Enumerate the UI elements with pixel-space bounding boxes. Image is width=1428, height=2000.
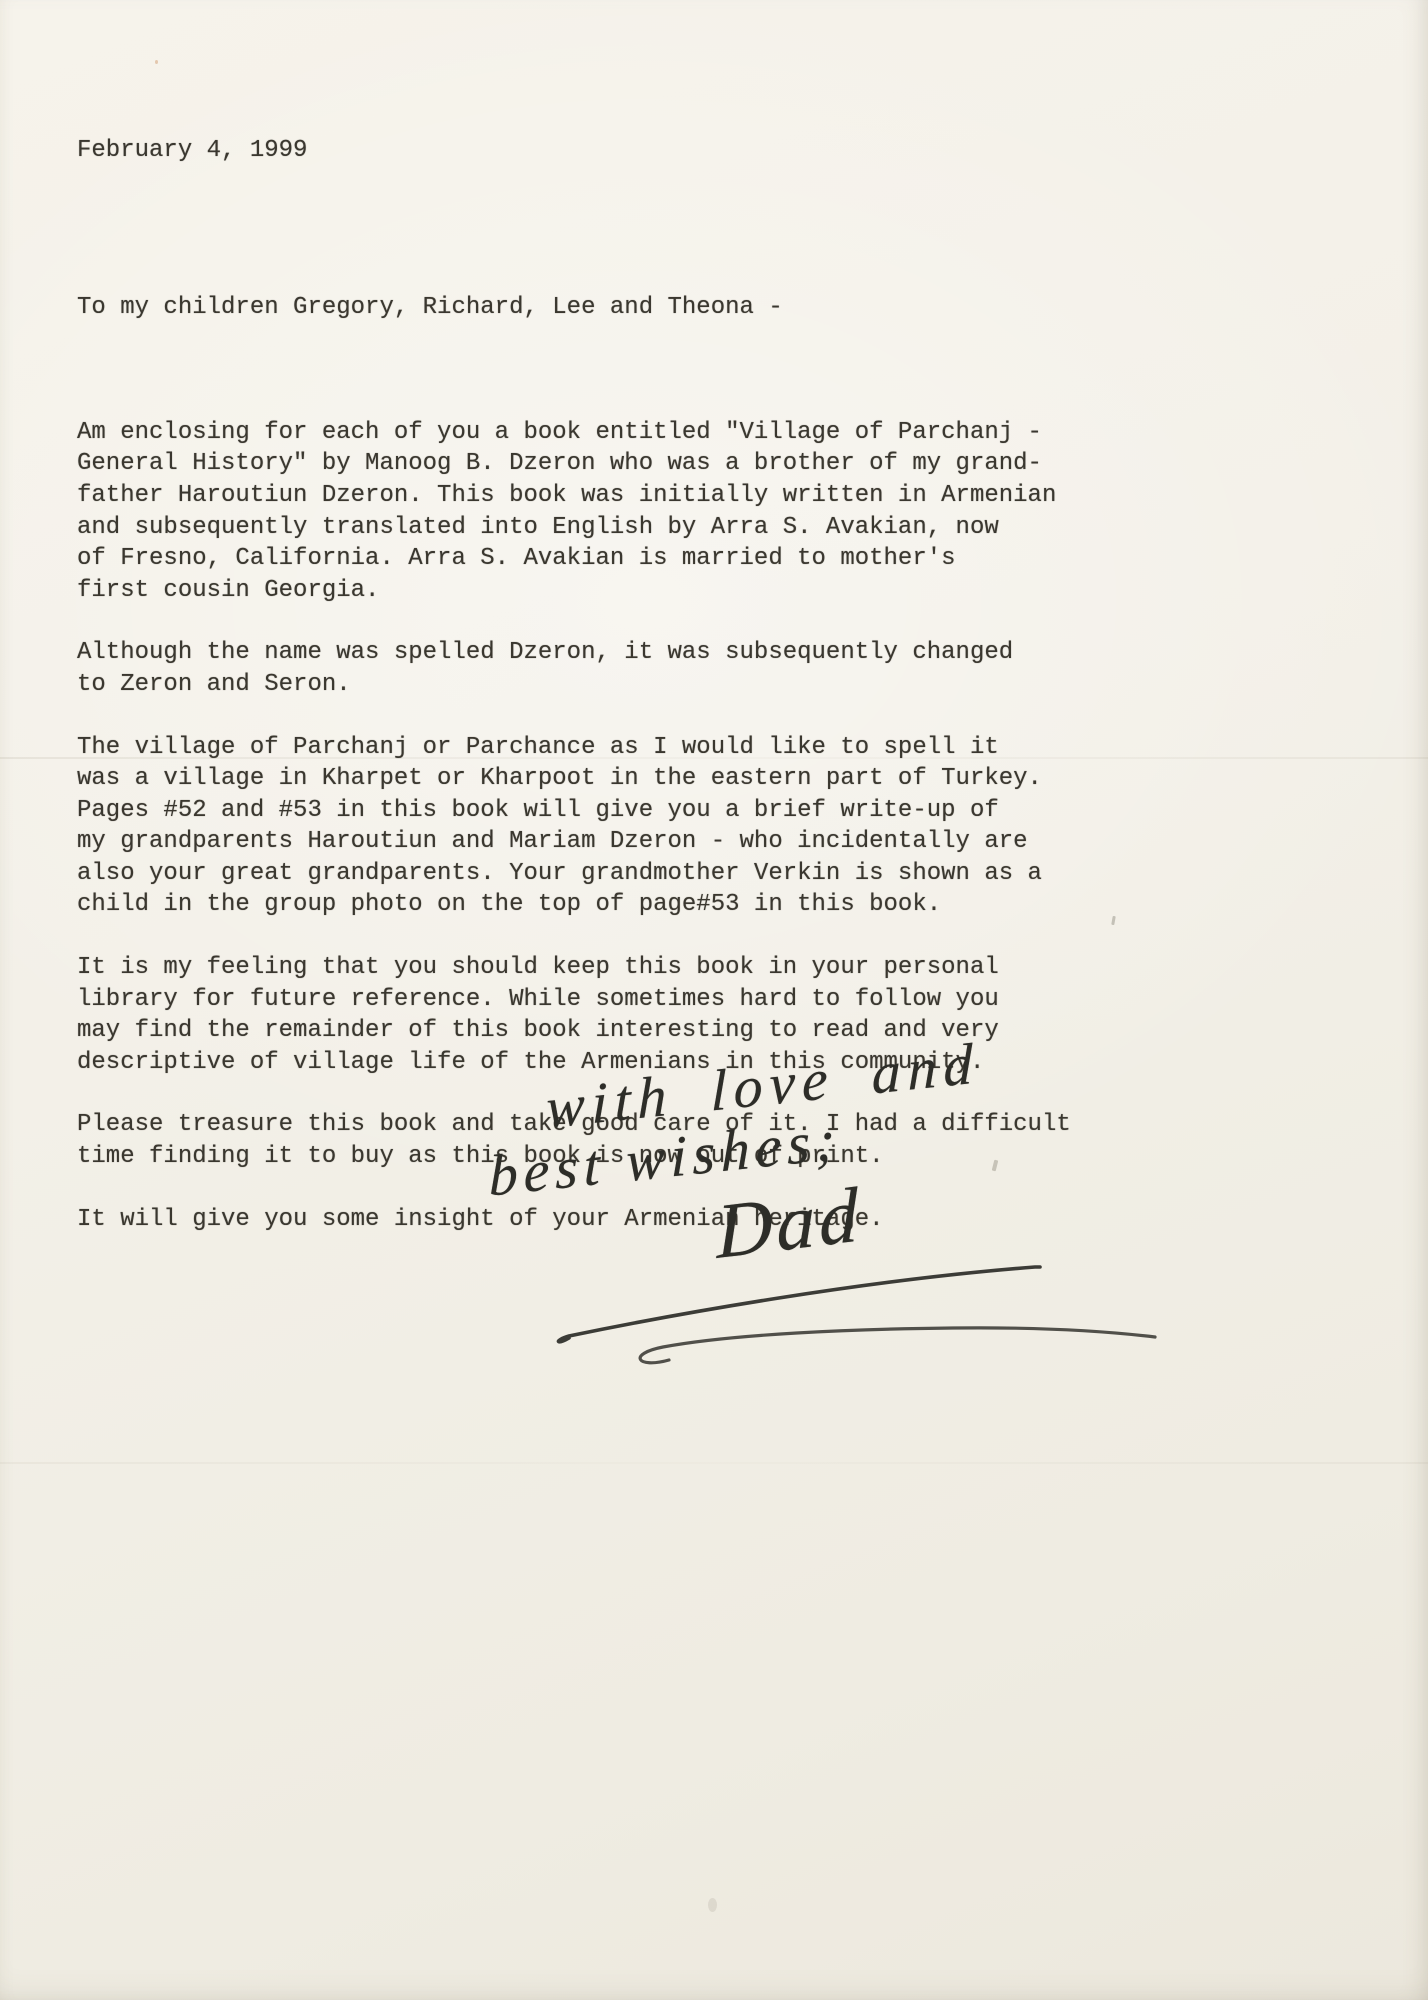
letter-body: February 4, 1999 To my children Gregory,… [77, 72, 1177, 1329]
letter-paragraph: It is my feeling that you should keep th… [77, 952, 1177, 1078]
letter-page: February 4, 1999 To my children Gregory,… [0, 0, 1428, 2000]
letter-paragraph: Although the name was spelled Dzeron, it… [77, 637, 1177, 700]
scan-speck [708, 1898, 717, 1912]
letter-salutation: To my children Gregory, Richard, Lee and… [77, 292, 1177, 324]
letter-paragraph: It will give you some insight of your Ar… [77, 1204, 1177, 1236]
paper-fold-crease [0, 1462, 1428, 1464]
letter-paragraph: Am enclosing for each of you a book enti… [77, 417, 1177, 607]
scan-speck [155, 60, 158, 64]
letter-paragraphs: Am enclosing for each of you a book enti… [77, 417, 1177, 1235]
letter-date: February 4, 1999 [77, 135, 1177, 167]
letter-paragraph: Please treasure this book and take good … [77, 1109, 1177, 1172]
letter-paragraph: The village of Parchanj or Parchance as … [77, 732, 1177, 922]
